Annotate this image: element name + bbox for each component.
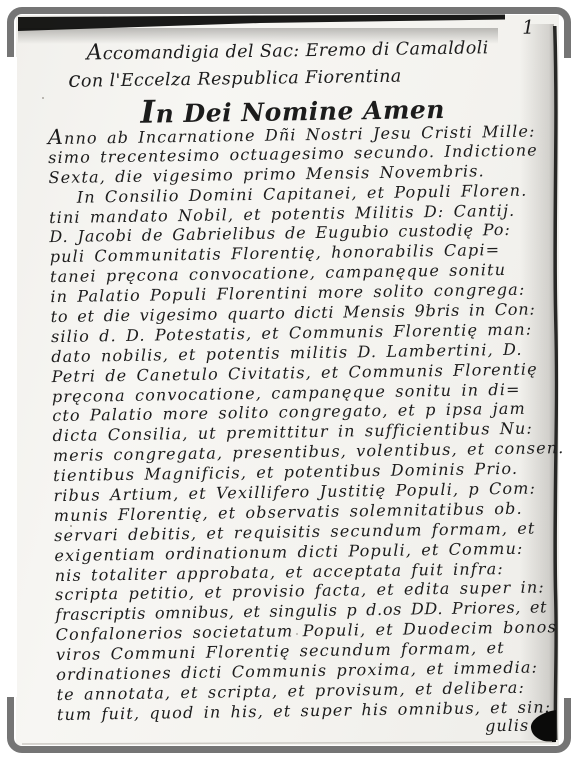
- manuscript-text-layer: 1 Accomandigia del Sac: Eremo di Camaldo…: [0, 0, 578, 760]
- page-number: 1: [512, 16, 544, 38]
- document-title-line-1: Accomandigia del Sac: Eremo di Camaldoli: [86, 35, 466, 66]
- body-text: Anno ab Incarnatione Dñi Nostri Jesu Cri…: [48, 121, 539, 725]
- document-title-line-2: con l'Eccelza Respublica Fiorentina: [65, 63, 405, 93]
